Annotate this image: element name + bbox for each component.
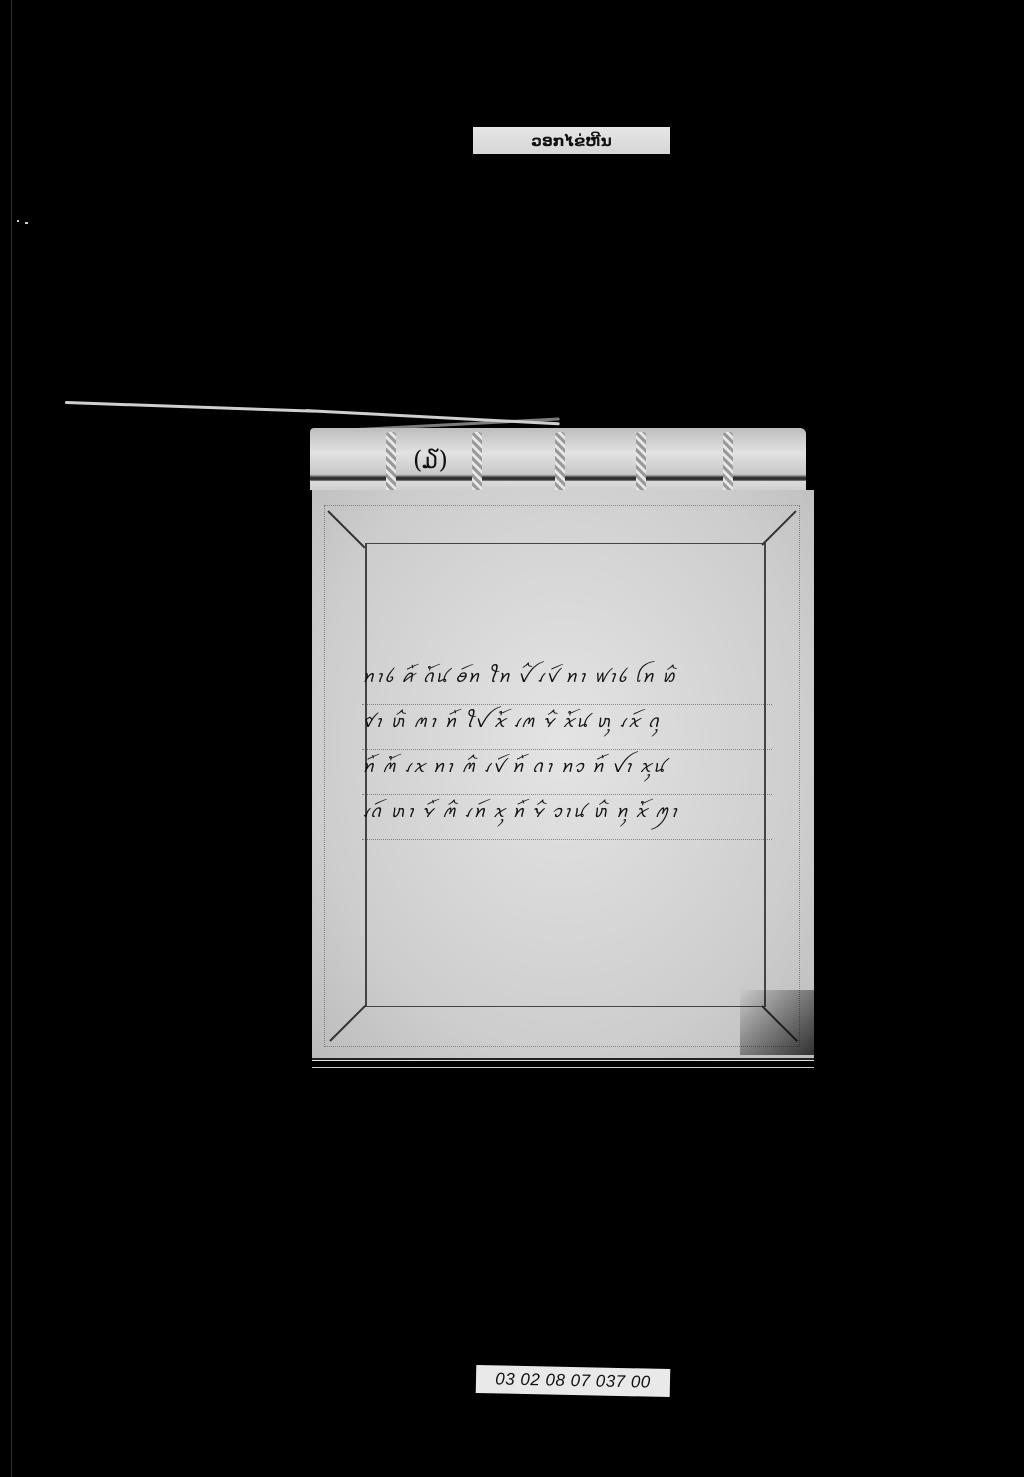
manuscript-text-line: ꪀꪸ ꪔꪳ ꪹꪎ ꪀꪱ ꪔꪲ ꪹꪚꪷ ꪀꪸ ꪒꪱ ꪀꪫ ꪀꪸ ꪜꪱ ꪎꪴꪙ xyxy=(362,750,772,795)
binding-loop xyxy=(386,432,396,494)
binding-loop xyxy=(723,432,733,494)
archive-id-label: 03 02 08 07 037 00 xyxy=(476,1365,671,1397)
archive-id-text: 03 02 08 07 037 00 xyxy=(495,1369,651,1392)
tie-string xyxy=(65,401,315,413)
binding-loop xyxy=(636,432,646,494)
corner-fold-shadow xyxy=(740,990,815,1055)
manuscript-text-line: ꪹꪒꪷ ꪬꪱ ꪩꪸ ꪔꪲ ꪹꪀꪷ ꪎꪴ ꪀꪸ ꪩꪲ ꪫꪱꪙ ꪬꪲ ꪀꪴ ꪎꪳ ꪑ… xyxy=(362,795,772,840)
manuscript-text-line: ꪀꪱꪉ ꪁꪸ ꪒꪳꪙ ꪮꪷꪀ ꪻꪀ ꪜꪲ ꪹꪚꪷ ꪀꪱ ꪝꪱꪉ ꪶꪀ ꪭꪲ xyxy=(362,660,772,705)
manuscript-text-line: ꪥꪱ ꪬꪲ ꪔꪱ ꪀꪸ ꪻꪜ ꪎꪳ ꪹꪔ ꪩꪲ ꪎꪳꪙ ꪬꪴ ꪹꪎꪷ ꪒꪴ xyxy=(362,705,772,750)
manuscript-text: ꪀꪱꪉ ꪁꪸ ꪒꪳꪙ ꪮꪷꪀ ꪻꪀ ꪜꪲ ꪹꪚꪷ ꪀꪱ ꪝꪱꪉ ꪶꪀ ꪭꪲ ꪥꪱ… xyxy=(362,660,772,840)
manuscript-image: (໓) ꪀꪱꪉ ꪁꪸ ꪒꪳꪙ ꪮꪷꪀ ꪻꪀ ꪜꪲ ꪹꪚꪷ ꪀꪱ ꪝꪱꪉ ꪶꪀ ꪭ… xyxy=(0,0,1024,1477)
tie-string xyxy=(305,409,560,425)
binding-loop xyxy=(555,432,565,494)
binding-loop xyxy=(472,432,482,494)
spine-number-mark: (໓) xyxy=(413,446,448,474)
